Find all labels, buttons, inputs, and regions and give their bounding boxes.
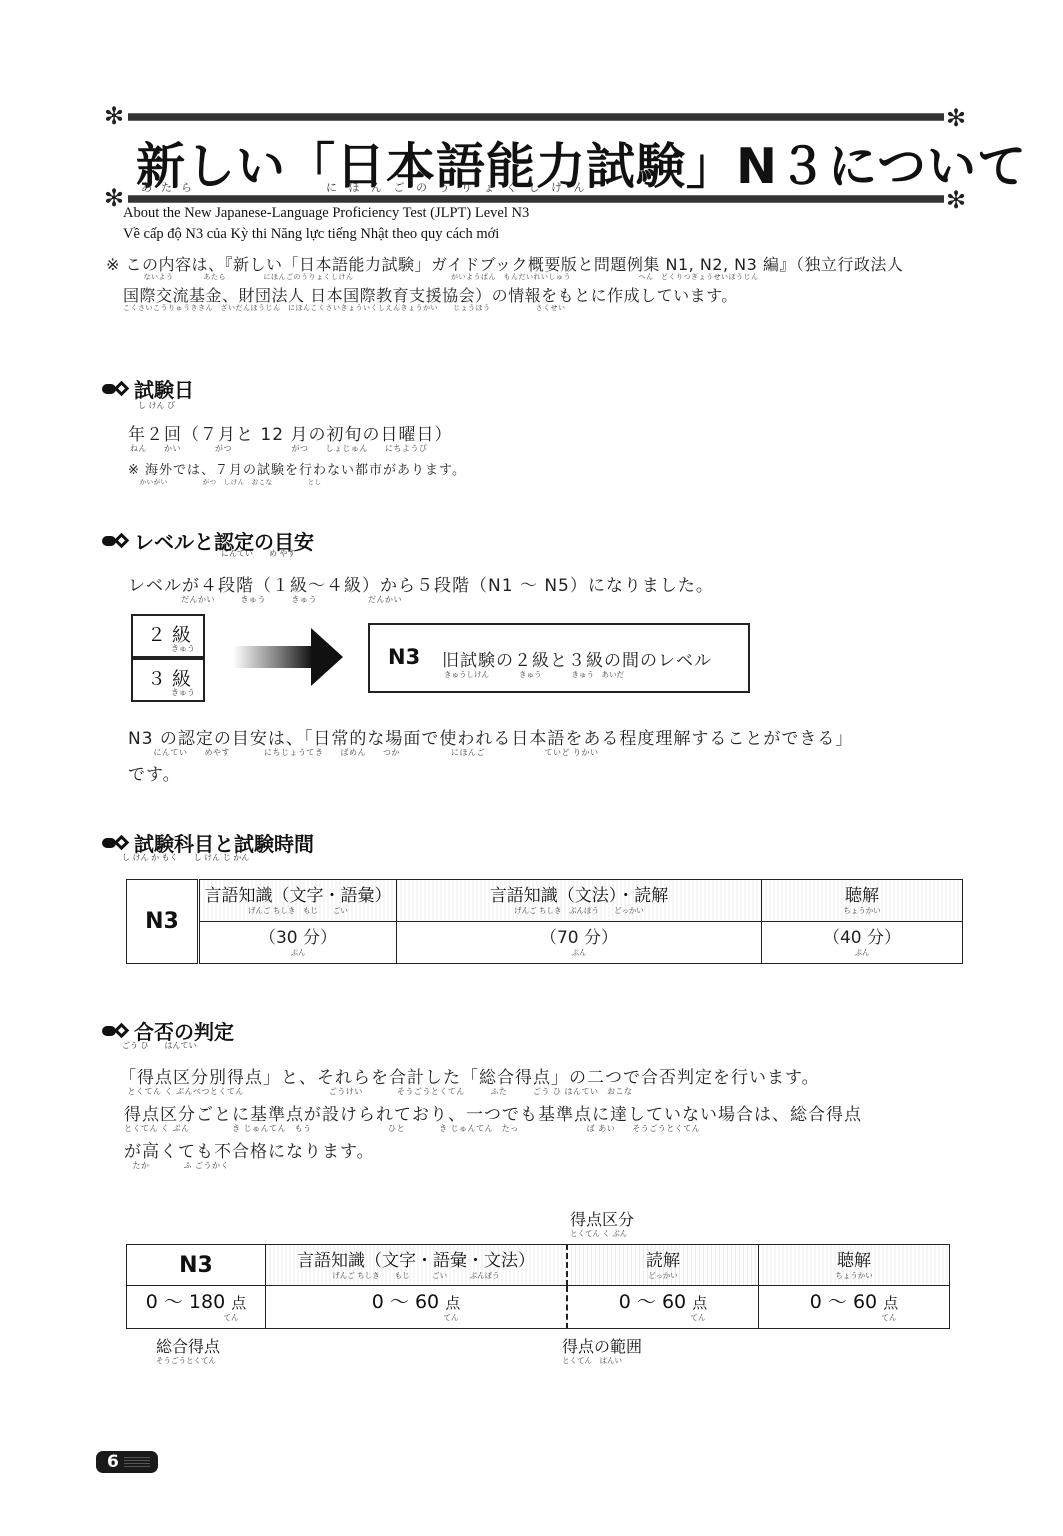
subjects-level-cell: N3 (127, 880, 199, 964)
score-header-cell: 言語知識（文字・語彙・文法） げんご ちしき もじ ごい ぶんぽう (266, 1245, 568, 1286)
score-range-cell: 0 ～ 60 点 てん (759, 1286, 950, 1329)
section-bullet-icon (102, 534, 132, 548)
subject-name: 聴解 (762, 886, 962, 906)
total-score-label: 総合得点 (156, 1334, 220, 1357)
n3-description: 旧試験の２級と３級の間のレベル (442, 646, 712, 671)
subject-time-ruby: ぷん (397, 948, 761, 957)
page-number: 6 (107, 1452, 119, 1472)
n3-level-box: N3 旧試験の２級と３級の間のレベル きゅうしけん きゅう きゅう あいだ (368, 623, 750, 693)
score-range-ruby: とくてん はんい (562, 1355, 622, 1366)
n3-label: N3 (388, 645, 420, 669)
score-header-cell: 読解 どっかい (567, 1245, 759, 1286)
score-range: 0 ～ 180 点 (127, 1292, 265, 1313)
section-title: 試験日 (134, 374, 194, 403)
subject-time-cell: （70 分） ぷん (397, 922, 762, 964)
score-section-ruby: ちょうかい (759, 1271, 949, 1280)
total-score-ruby: そうごうとくてん (156, 1355, 216, 1366)
subject-header-cell: 言語知識（文字・語彙） げんご ちしき もじ ごい (199, 880, 397, 922)
pass-fail-line-2-ruby: とくてん く ぶん き じゅんてん もう ひと き じゅんてん たっ ば あい … (124, 1123, 700, 1134)
subjects-table: N3 言語知識（文字・語彙） げんご ちしき もじ ごい 言語知識（文法）・読解… (126, 879, 963, 964)
old-level-box-3kyu: ３ 級 きゅう (131, 658, 205, 702)
criteria-text: N3 の認定の目安は、「日常的な場面で使われる日本語をある程度理解することができ… (128, 724, 853, 749)
score-unit-ruby: てん (568, 1313, 758, 1322)
score-range: 0 ～ 60 点 (759, 1292, 949, 1313)
section-title-ruby: にんてい め やす (221, 548, 296, 559)
score-range-label: 得点の範囲 (562, 1334, 642, 1357)
score-unit-ruby: てん (127, 1313, 265, 1322)
pass-fail-line-1: 「得点区分別得点」と、それらを合計した「総合得点」の二つで合否判定を行います。 (119, 1063, 820, 1088)
title-ruby-atara: あたら (141, 179, 201, 195)
score-section-name: 言語知識（文字・語彙・文法） (266, 1251, 566, 1271)
level-label: N3 (145, 909, 179, 934)
score-section-name: 読解 (568, 1251, 758, 1271)
criteria-text-end: です。 (128, 760, 181, 785)
score-range: 0 ～ 60 点 (266, 1292, 566, 1313)
pass-fail-line-3: が高くても不合格になります。 (124, 1137, 375, 1162)
score-unit-ruby: てん (266, 1313, 566, 1322)
section-title-ruby: し けん か もく し けん じ かん (122, 852, 249, 863)
score-section-ruby: どっかい (568, 1271, 758, 1280)
exam-date-note-ruby: かいがい がつ しけん おこな とし (130, 477, 322, 486)
title-ruby-nihongo: に ほ ん ご の う り ょ く し け ん (326, 179, 588, 195)
subject-ruby: げんご ちしき ぶんぽう どっかい (397, 906, 761, 915)
old-level-ruby: きゅう (171, 643, 195, 654)
score-range-cell: 0 ～ 60 点 てん (567, 1286, 759, 1329)
criteria-ruby: にんてい めやす にちじょうてき ばめん つか にほんご ていど りかい (128, 747, 599, 758)
page-number-decoration (124, 1457, 150, 1467)
section-title-ruby: し けん び (138, 400, 175, 411)
score-range-cell: 0 ～ 60 点 てん (266, 1286, 568, 1329)
arrow-shaft-icon (233, 646, 313, 668)
title-rule-bottom (128, 195, 944, 203)
exam-date-note: ※ 海外では、７月の試験を行わない都市があります。 (128, 459, 466, 478)
score-unit-ruby: てん (759, 1313, 949, 1322)
subject-ruby: ちょうかい (762, 906, 962, 915)
subject-header-cell: 聴解 ちょうかい (762, 880, 963, 922)
score-category-ruby: とくてん く ぶん (570, 1228, 627, 1239)
score-header-cell: 聴解 ちょうかい (759, 1245, 950, 1286)
section-bullet-icon (102, 382, 132, 396)
subject-time-ruby: ぷん (200, 948, 396, 957)
note-line-2-ruby: こくさいこうりゅうききん ざいだんほうじん にほんこくさいきょういくしえんきょう… (123, 303, 566, 313)
n3-description-ruby: きゅうしけん きゅう きゅう あいだ (444, 669, 624, 680)
subject-name: 言語知識（文字・語彙） (200, 886, 396, 906)
score-table: N3 言語知識（文字・語彙・文法） げんご ちしき もじ ごい ぶんぽう 読解 … (126, 1244, 950, 1329)
subject-ruby: げんご ちしき もじ ごい (200, 906, 396, 915)
page-number-badge: 6 (96, 1451, 158, 1473)
score-level-cell: N3 (127, 1245, 266, 1286)
old-level-ruby: きゅう (171, 687, 195, 698)
arrow-right-icon (311, 628, 343, 686)
subject-time-cell: （40 分） ぷん (762, 922, 963, 964)
section-bullet-icon (102, 1024, 132, 1038)
note-line-1-ruby: ないよう あたら にほんごのうりょくしけん がいようばん もんだいれいしゅう へ… (106, 272, 759, 282)
decoration-asterisk-icon: ✻ (104, 186, 124, 210)
section-title-ruby: ごう ひ はんてい (122, 1040, 197, 1051)
section-bullet-icon (102, 836, 132, 850)
levels-text: レベルが４段階（１級～４級）から５段階（N1 ～ N5）になりました。 (128, 571, 714, 596)
score-section-ruby: げんご ちしき もじ ごい ぶんぽう (266, 1271, 566, 1280)
exam-date-ruby: ねん かい がつ がつ しょじゅん にちようび (130, 443, 428, 454)
pass-fail-line-2: 得点区分ごとに基準点が設けられており、一つでも基準点に達していない場合は、総合得… (124, 1100, 862, 1125)
decoration-asterisk-icon: ✻ (946, 106, 966, 130)
pass-fail-line-3-ruby: たか ふ ごうかく (124, 1160, 229, 1171)
subject-time-cell: （30 分） ぷん (199, 922, 397, 964)
exam-date-text: 年２回（７月と 12 月の初旬の日曜日） (128, 420, 452, 445)
subject-time-ruby: ぷん (762, 948, 962, 957)
title-rule-top (128, 113, 944, 121)
decoration-asterisk-icon: ✻ (946, 188, 966, 212)
old-level-box-2kyu: ２ 級 きゅう (131, 614, 205, 658)
subject-time: （40 分） (762, 928, 962, 948)
levels-ruby: だんかい きゅう きゅう だんかい (130, 594, 402, 605)
subject-header-cell: 言語知識（文法）・読解 げんご ちしき ぶんぽう どっかい (397, 880, 762, 922)
subject-name: 言語知識（文法）・読解 (397, 886, 761, 906)
subtitle-vietnamese: Về cấp độ N3 của Kỳ thi Năng lực tiếng N… (123, 226, 499, 243)
pass-fail-line-1-ruby: とくてん く ぶんべつとくてん ごうけい そうごうとくてん ふた ごう ひ はん… (119, 1086, 633, 1097)
subject-time: （70 分） (397, 928, 761, 948)
score-range: 0 ～ 60 点 (568, 1292, 758, 1313)
score-section-name: 聴解 (759, 1251, 949, 1271)
decoration-asterisk-icon: ✻ (104, 104, 124, 128)
section-heading-exam-date: 試験日 (102, 374, 194, 403)
score-total-cell: 0 ～ 180 点 てん (127, 1286, 266, 1329)
score-category-label: 得点区分 (570, 1207, 634, 1230)
level-label: N3 (179, 1253, 213, 1278)
subtitle-english: About the New Japanese-Language Proficie… (123, 205, 529, 222)
subject-time: （30 分） (200, 928, 396, 948)
